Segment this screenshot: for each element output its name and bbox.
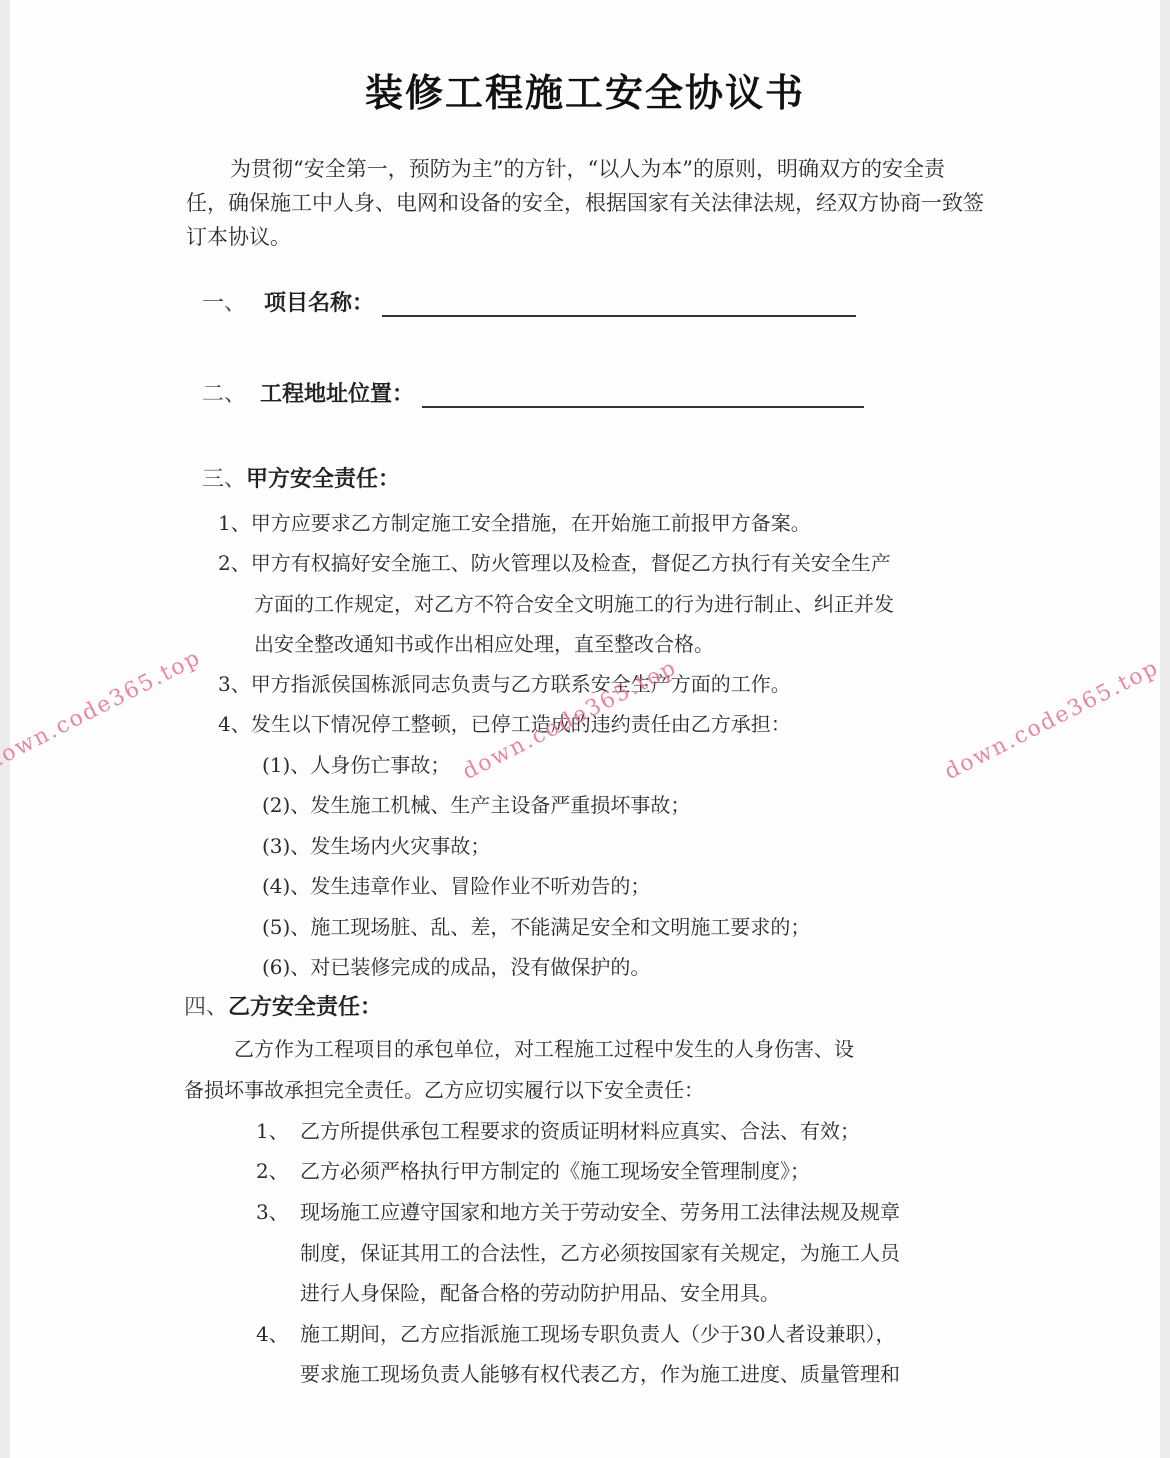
field-project-name: 一、 项目名称： — [202, 286, 856, 317]
item-line: 制度，保证其用工的合法性，乙方必须按国家有关规定，为施工人员 — [300, 1237, 900, 1266]
field-project-address: 二、 工程地址位置： — [202, 377, 864, 408]
item-number: 2、 — [256, 1155, 289, 1184]
item-line: 施工期间，乙方应指派施工现场专职负责人（少于30人者设兼职）， — [300, 1318, 895, 1347]
project-address-blank[interactable] — [422, 386, 864, 408]
item-line: 乙方必须严格执行甲方制定的《施工现场安全管理制度》； — [300, 1155, 810, 1184]
item-number: 3、 — [256, 1196, 289, 1225]
section-4-paragraph-line: 乙方作为工程项目的承包单位，对工程施工过程中发生的人身伤害、设 — [234, 1033, 854, 1062]
sub-item: (6)、对已装修完成的成品，没有做保护的。 — [262, 951, 650, 980]
sub-item: (5)、施工现场脏、乱、差，不能满足安全和文明施工要求的； — [262, 911, 810, 940]
section-title: 甲方安全责任： — [246, 466, 400, 492]
document-title: 装修工程施工安全协议书 — [0, 62, 1170, 117]
item-line: 现场施工应遵守国家和地方关于劳动安全、劳务用工法律法规及规章 — [300, 1196, 900, 1225]
sub-item: (1)、人身伤亡事故； — [262, 749, 450, 778]
intro-paragraph: 为贯彻“安全第一，预防为主”的方针，“以人为本”的原则，明确双方的安全责任，确保… — [186, 152, 986, 254]
left-edge — [0, 0, 10, 1458]
field-label: 工程地址位置： — [260, 377, 414, 408]
project-name-blank[interactable] — [382, 295, 856, 317]
item-number: 4、 — [256, 1318, 289, 1347]
item-line: 进行人身保险，配备合格的劳动防护用品、安全用具。 — [300, 1277, 780, 1306]
right-edge — [1160, 0, 1170, 1458]
field-label: 项目名称： — [264, 286, 374, 317]
section-3-line: 3、甲方指派侯国栋派同志负责与乙方联系安全生产方面的工作。 — [218, 668, 791, 697]
sub-item: (3)、发生场内火灾事故； — [262, 830, 490, 859]
section-title: 乙方安全责任： — [228, 994, 382, 1020]
item-line: 乙方所提供承包工程要求的资质证明材料应真实、合法、有效； — [300, 1115, 860, 1144]
section-4-heading: 四、乙方安全责任： — [184, 990, 382, 1021]
section-number: 三、 — [202, 467, 246, 492]
section-number: 四、 — [184, 995, 228, 1020]
section-3-line: 4、发生以下情况停工整顿，已停工造成的违约责任由乙方承担： — [218, 708, 791, 737]
item-line: 要求施工现场负责人能够有权代表乙方，作为施工进度、质量管理和 — [300, 1358, 900, 1387]
section-3-line: 方面的工作规定，对乙方不符合安全文明施工的行为进行制止、纠正并发 — [254, 588, 894, 617]
section-3-line: 出安全整改通知书或作出相应处理，直至整改合格。 — [254, 628, 714, 657]
section-4-paragraph-line: 备损坏事故承担完全责任。乙方应切实履行以下安全责任： — [184, 1074, 704, 1103]
sub-item: (2)、发生施工机械、生产主设备严重损坏事故； — [262, 789, 690, 818]
section-3-line: 1、甲方应要求乙方制定施工安全措施，在开始施工前报甲方备案。 — [218, 507, 811, 536]
sub-item: (4)、发生违章作业、冒险作业不听劝告的； — [262, 870, 650, 899]
field-number: 二、 — [202, 377, 260, 408]
field-number: 一、 — [202, 286, 264, 317]
section-3-heading: 三、甲方安全责任： — [202, 462, 400, 493]
section-3-line: 2、甲方有权搞好安全施工、防火管理以及检查，督促乙方执行有关安全生产 — [218, 547, 891, 576]
item-number: 1、 — [256, 1115, 289, 1144]
